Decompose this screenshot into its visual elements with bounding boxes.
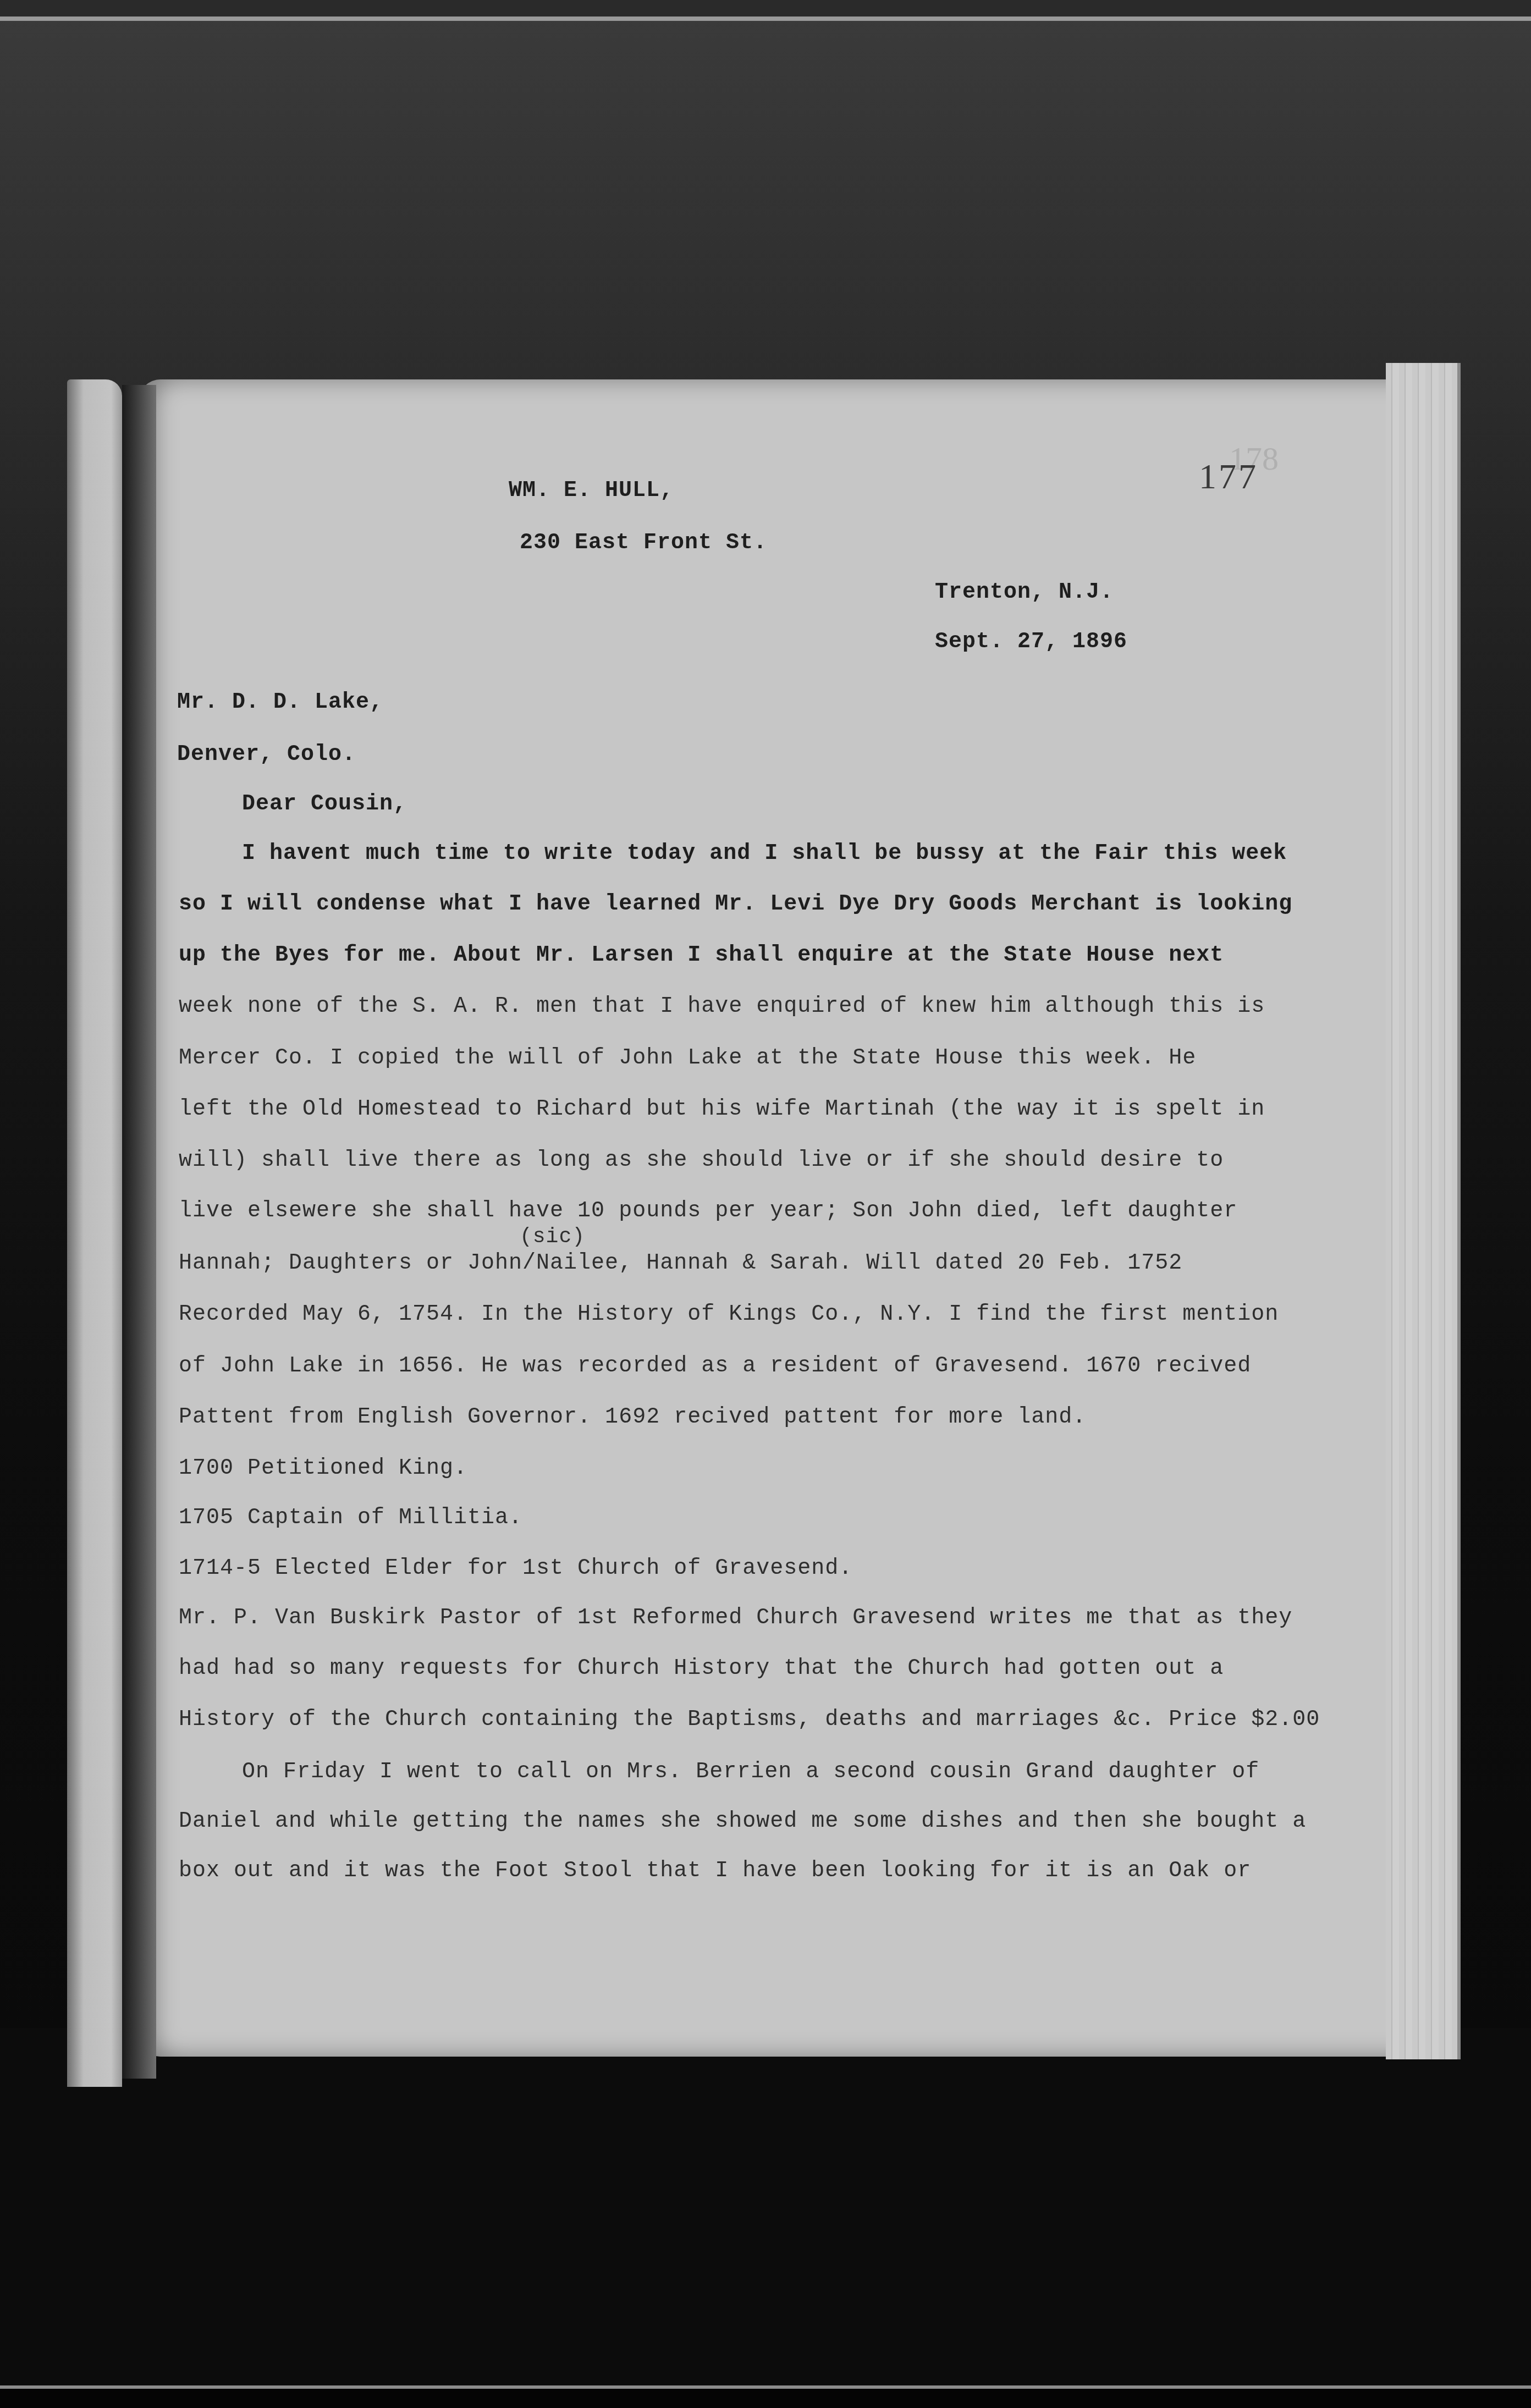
body-line: so I will condense what I have learned M…: [179, 892, 1292, 917]
body-line: will) shall live there as long as she sh…: [179, 1148, 1224, 1173]
body-line: Daniel and while getting the names she s…: [179, 1809, 1306, 1834]
body-line: On Friday I went to call on Mrs. Berrien…: [242, 1760, 1259, 1784]
body-line: 1705 Captain of Millitia.: [179, 1506, 522, 1530]
body-line: I havent much time to write today and I …: [242, 841, 1287, 866]
body-line: week none of the S. A. R. men that I hav…: [179, 994, 1265, 1019]
body-line: 1714-5 Elected Elder for 1st Church of G…: [179, 1556, 852, 1581]
body-line: Mercer Co. I copied the will of John Lak…: [179, 1046, 1196, 1071]
recipient-location: Denver, Colo.: [177, 742, 356, 767]
sic-annotation: (sic): [520, 1225, 585, 1249]
body-line: History of the Church containing the Bap…: [179, 1707, 1320, 1732]
body-line: Mr. P. Van Buskirk Pastor of 1st Reforme…: [179, 1606, 1292, 1630]
film-bottom-band: [0, 2389, 1531, 2408]
page-stack-edges: [1386, 363, 1461, 2059]
film-top-band: [0, 0, 1531, 16]
book-gutter: [122, 385, 156, 2079]
left-page-edge: [67, 379, 122, 2087]
recipient-name: Mr. D. D. Lake,: [177, 690, 383, 715]
body-line: box out and it was the Foot Stool that I…: [179, 1859, 1251, 1883]
body-line: Recorded May 6, 1754. In the History of …: [179, 1302, 1279, 1327]
body-line: Pattent from English Governor. 1692 reci…: [179, 1405, 1086, 1430]
film-top-rule: [0, 16, 1531, 21]
page-number: 177: [1199, 456, 1258, 497]
letter-date: Sept. 27, 1896: [935, 630, 1127, 654]
body-line: Hannah; Daughters or John/Nailee, Hannah…: [179, 1251, 1182, 1276]
body-line: live elsewere she shall have 10 pounds p…: [179, 1199, 1237, 1224]
body-line: up the Byes for me. About Mr. Larsen I s…: [179, 943, 1224, 968]
body-line: had had so many requests for Church Hist…: [179, 1656, 1224, 1681]
body-line: left the Old Homestead to Richard but hi…: [179, 1097, 1265, 1122]
salutation: Dear Cousin,: [242, 792, 407, 817]
body-line: of John Lake in 1656. He was recorded as…: [179, 1354, 1251, 1379]
letterhead-city: Trenton, N.J.: [935, 580, 1114, 605]
letterhead-street: 230 East Front St.: [520, 531, 767, 555]
letterhead-name: WM. E. HULL,: [509, 478, 674, 503]
body-line: 1700 Petitioned King.: [179, 1456, 467, 1481]
